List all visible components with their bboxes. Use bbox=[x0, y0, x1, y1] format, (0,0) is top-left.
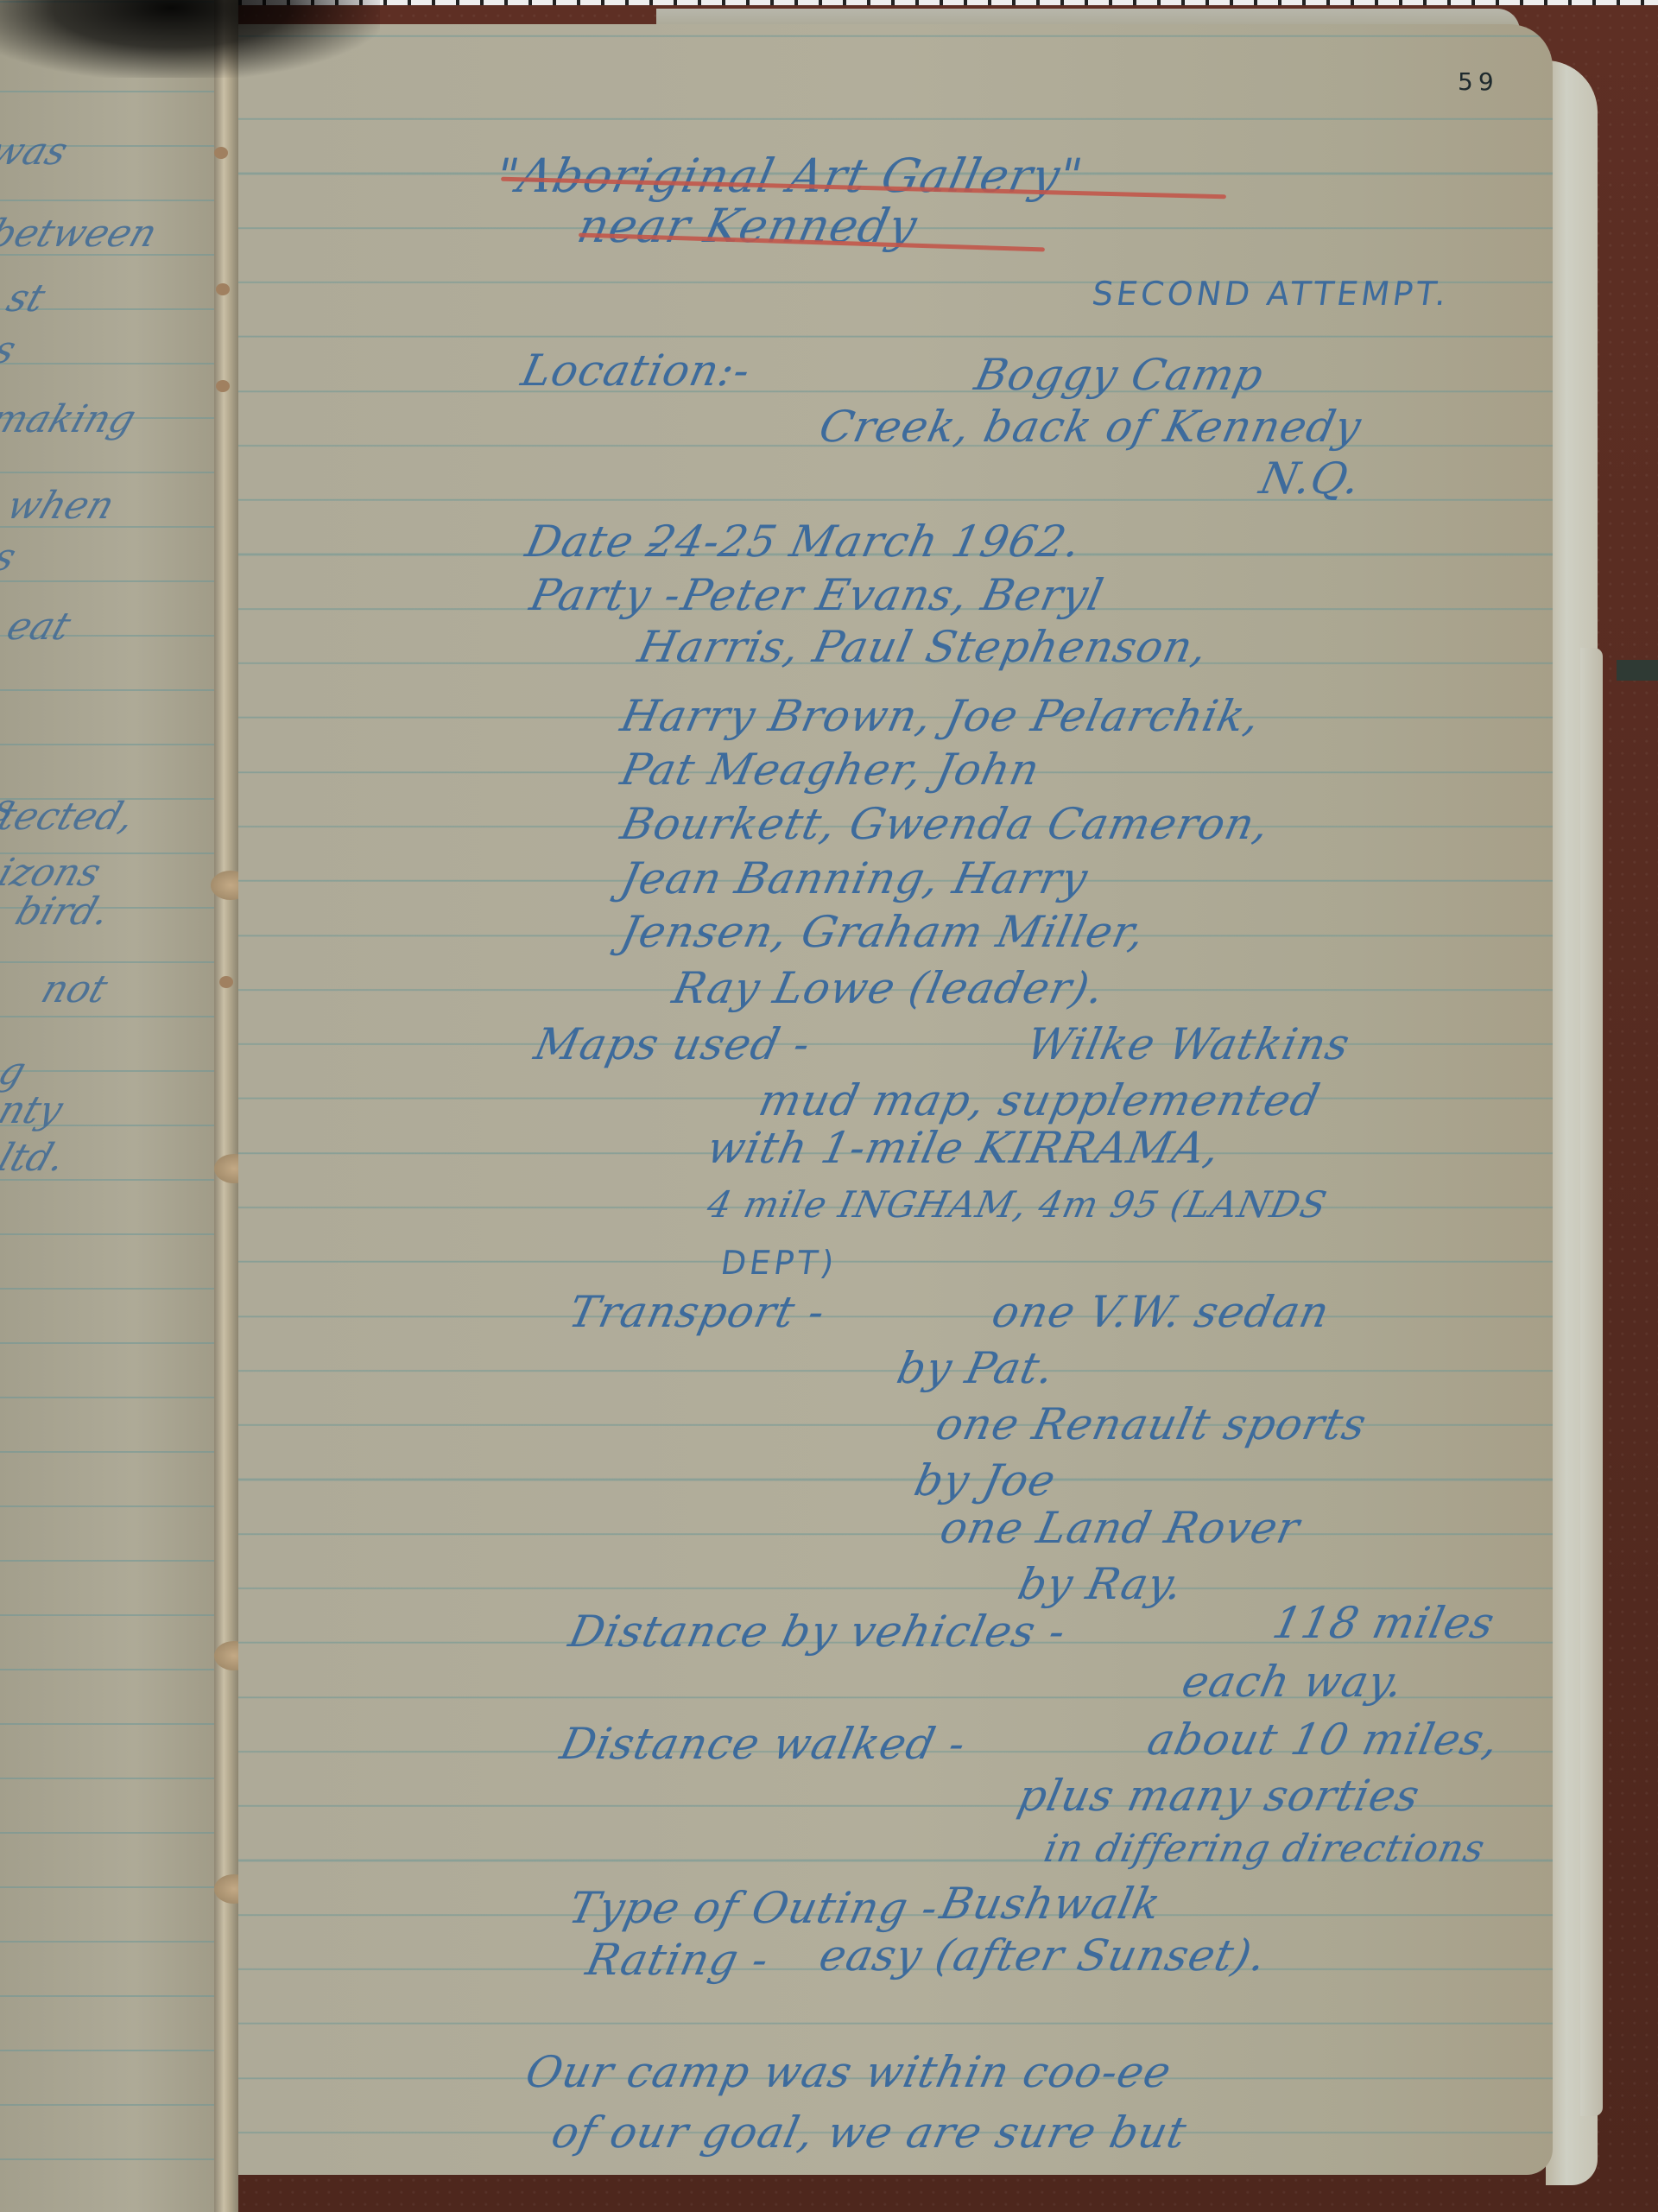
distance-walked-line-2: plus many sorties bbox=[1014, 1771, 1425, 1821]
rating-value: easy (after Sunset). bbox=[815, 1930, 1271, 1981]
transport-line-1: one V.W. sedan bbox=[988, 1287, 1334, 1337]
left-page-fragment: izons bbox=[0, 851, 106, 895]
location-line-3: N.Q. bbox=[1256, 453, 1365, 504]
party-line-4: Pat Meagher, John bbox=[617, 745, 1045, 795]
narrative-line-2: of our goal, we are sure but bbox=[547, 2107, 1192, 2158]
distance-vehicles-value: 118 miles bbox=[1269, 1598, 1499, 1648]
left-page: was between st s making when s eat s tec… bbox=[0, 0, 225, 2212]
transport-line-3: one Renault sports bbox=[932, 1399, 1371, 1449]
staple-mark bbox=[214, 147, 228, 159]
page-stack-edge-inner bbox=[1580, 648, 1603, 2116]
maps-line-3: with 1-mile KIRRAMA, bbox=[703, 1123, 1225, 1173]
location-line-2: Creek, back of Kennedy bbox=[815, 402, 1366, 452]
left-page-fragment: when bbox=[2, 484, 120, 528]
shadow-object bbox=[0, 0, 380, 78]
title-line-1: "Aboriginal Art Gallery" bbox=[490, 149, 1087, 203]
rating-label: Rating - bbox=[582, 1935, 774, 1985]
location-label: Location:- bbox=[517, 345, 756, 396]
left-page-fragment: not bbox=[36, 967, 113, 1011]
left-page-fragment: between bbox=[0, 212, 162, 256]
notebook-spine bbox=[214, 0, 238, 2212]
type-label: Type of Outing - bbox=[565, 1883, 943, 1933]
left-page-fragment: ltd. bbox=[0, 1136, 71, 1180]
maps-line-2: mud map, supplemented bbox=[755, 1075, 1325, 1125]
subtitle: SECOND ATTEMPT. bbox=[1090, 275, 1452, 313]
left-page-fragment: bird. bbox=[10, 890, 116, 934]
left-page-fragment: g bbox=[0, 1049, 31, 1093]
maps-line-1: Wilke Watkins bbox=[1022, 1019, 1355, 1069]
party-line-1: Peter Evans, Beryl bbox=[677, 570, 1108, 620]
staple-mark bbox=[216, 283, 230, 295]
narrative-line-1: Our camp was within coo-ee bbox=[522, 2047, 1176, 2097]
party-line-2: Harris, Paul Stephenson, bbox=[634, 622, 1212, 672]
left-page-fragment: nty bbox=[0, 1088, 68, 1132]
party-line-8: Ray Lowe (leader). bbox=[668, 963, 1109, 1013]
left-page-fragment: s bbox=[0, 328, 22, 372]
maps-label: Maps used - bbox=[530, 1019, 815, 1069]
party-line-5: Bourkett, Gwenda Cameron, bbox=[617, 799, 1275, 849]
distance-vehicles-line-2: each way. bbox=[1178, 1657, 1408, 1707]
date-value: 24-25 March 1962. bbox=[642, 517, 1086, 567]
distance-walked-value: about 10 miles, bbox=[1143, 1714, 1504, 1765]
page-number: 59 bbox=[1458, 67, 1499, 96]
distance-vehicles-label: Distance by vehicles - bbox=[565, 1607, 1071, 1657]
maps-line-4: 4 mile INGHAM, 4m 95 (LANDS bbox=[704, 1183, 1331, 1226]
distance-walked-label: Distance walked - bbox=[556, 1719, 971, 1769]
left-page-fragment: making bbox=[0, 397, 141, 441]
left-page-fragment: was bbox=[0, 130, 73, 174]
maps-line-5: DEPT) bbox=[718, 1244, 839, 1282]
left-page-fragment: eat bbox=[2, 605, 77, 649]
location-line-1: Boggy Camp bbox=[971, 350, 1269, 400]
staple-mark bbox=[216, 380, 230, 392]
tab-marker bbox=[1617, 660, 1658, 681]
transport-line-2: by Pat. bbox=[893, 1343, 1060, 1393]
left-page-fragment: tected, bbox=[0, 795, 141, 839]
staple-mark bbox=[219, 976, 233, 988]
transport-label: Transport - bbox=[565, 1287, 830, 1337]
party-label: Party - bbox=[526, 570, 687, 620]
party-line-3: Harry Brown, Joe Pelarchik, bbox=[617, 691, 1265, 741]
distance-walked-line-3: in differing directions bbox=[1041, 1827, 1490, 1871]
party-line-7: Jensen, Graham Miller, bbox=[617, 907, 1149, 957]
transport-line-4: by Joe bbox=[910, 1455, 1060, 1505]
transport-line-5: one Land Rover bbox=[936, 1503, 1305, 1553]
left-page-fragment: s bbox=[0, 536, 22, 580]
party-line-6: Jean Banning, Harry bbox=[617, 853, 1092, 903]
type-value: Bushwalk bbox=[936, 1879, 1166, 1929]
transport-line-6: by Ray. bbox=[1014, 1559, 1188, 1609]
left-page-fragment: st bbox=[2, 276, 51, 320]
